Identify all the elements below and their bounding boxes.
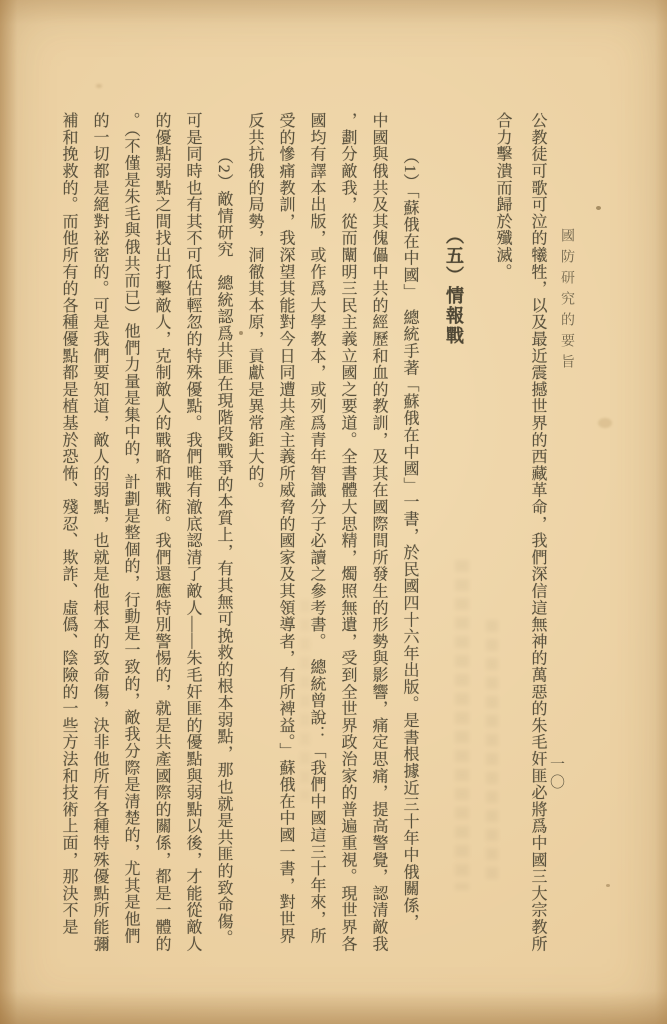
page-number: 一〇 xyxy=(546,756,567,792)
paper-stain xyxy=(596,206,601,210)
running-title: 國防研究的要旨 xyxy=(556,228,576,375)
body-col-9: 的優點弱點之間找出打擊敵人，克制敵人的戰略和戰術。我們還應特別警惕的，就是共產國… xyxy=(151,112,171,952)
body-col-6: 反共抗俄的局勢，洞徹其本原，貢獻是異常鉅大的。 xyxy=(244,112,264,498)
body-col-12: 補和挽救的。而他所有的各種優點都是植基於恐怖、殘忍、欺詐、虛僞、陰險的一些方法和… xyxy=(58,112,78,935)
paper-stain xyxy=(239,331,243,335)
section-heading: （五）情報戰 xyxy=(444,226,464,346)
ink-bleed-through xyxy=(455,560,469,890)
body-col-8: 可是同時也有其不可低估輕忽的特殊優點。我們唯有澈底認清了敵人——朱毛奸匪的優點與… xyxy=(182,112,202,952)
prev-section-col-1: 公教徒可歌可泣的犧牲，以及最近震撼世界的西藏革命，我們深信這無神的萬惡的朱毛奸匪… xyxy=(527,112,547,952)
ink-bleed-through xyxy=(486,620,498,880)
prev-section-col-2: 合力擊潰而歸於殲滅。 xyxy=(492,112,512,280)
paper-stain xyxy=(606,884,610,887)
body-col-2: 中國與俄共及其傀儡中共的經歷和血的教訓，及其在國際間所發生的形勢與影響，痛定思痛… xyxy=(368,112,388,952)
body-col-1: （1）「蘇俄在中國」 總統手著「蘇俄在中國」一書，於民國四十六年出版。是書根據近… xyxy=(399,148,419,930)
document-page: 國防研究的要旨 一〇 公教徒可歌可泣的犧牲，以及最近震撼世界的西藏革命，我們深信… xyxy=(0,0,667,1024)
body-col-7: （2）敵情研究 總統認爲共匪在現階段戰爭的本質上，有其無可挽救的根本弱點，那也就… xyxy=(213,148,233,946)
body-col-5: 受的慘痛教訓，我深望其能對今日同遭共產主義所威脅的國家及其領導者，有所裨益。」蘇… xyxy=(275,112,295,944)
body-col-11: 的一切都是絕對祕密的。可是我們要知道，敵人的弱點，也就是他根本的致命傷，決非他所… xyxy=(89,112,109,952)
paper-stain xyxy=(598,418,612,428)
paper-stain xyxy=(96,84,102,88)
body-col-10: 。（不僅是朱毛與俄共而已）他們力量是集中的，計劃是整個的，行動是一致的，敵我分際… xyxy=(120,112,140,944)
body-col-4: 國均有譯本出版，或作爲大學教本，或列爲青年智識分子必讀之參考書。 總統曾說：「我… xyxy=(306,112,326,944)
body-col-3: ，劃分敵我，從而闡明三民主義立國之要道。全書體大思精，燭照無遺，受到全世界政治家… xyxy=(337,112,357,952)
